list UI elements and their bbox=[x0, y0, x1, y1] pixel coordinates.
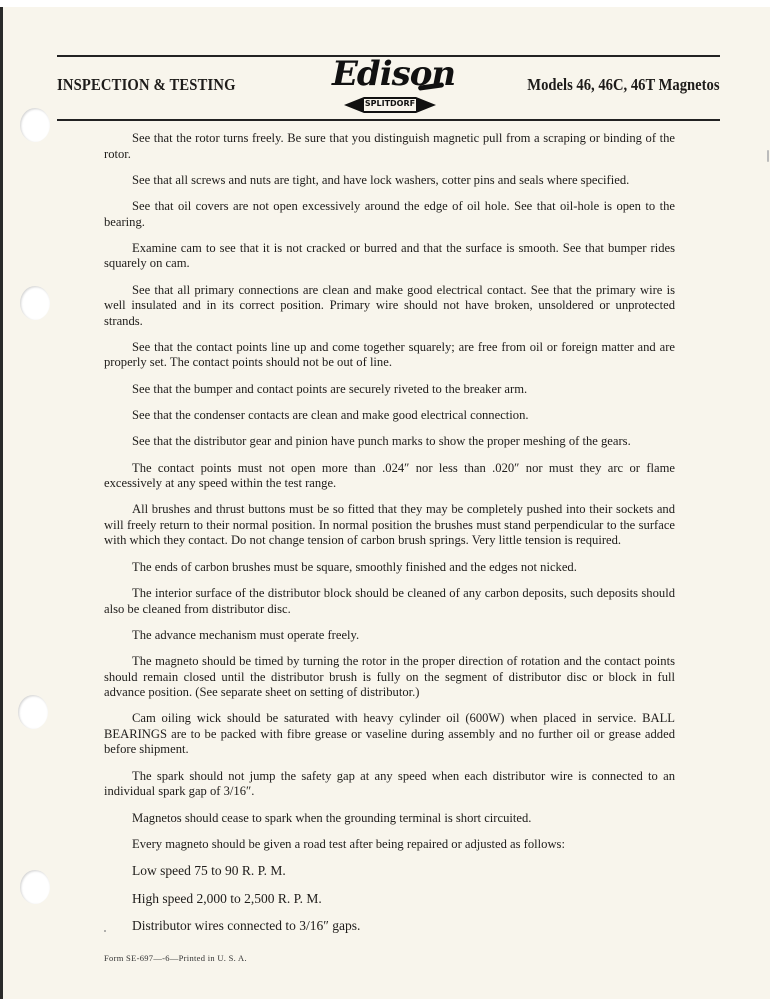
logo-subtitle: SPLITDORF bbox=[344, 99, 436, 108]
document-body: See that the rotor turns freely. Be sure… bbox=[104, 131, 675, 946]
punch-hole bbox=[18, 695, 48, 729]
paragraph: The interior surface of the distributor … bbox=[104, 586, 675, 617]
punch-hole bbox=[20, 870, 50, 904]
paragraph: See that the bumper and contact points a… bbox=[104, 382, 675, 398]
paper-speck bbox=[767, 150, 769, 162]
paragraph: See that all primary connections are cle… bbox=[104, 283, 675, 330]
paragraph: The ends of carbon brushes must be squar… bbox=[104, 560, 675, 576]
section-title: INSPECTION & TESTING bbox=[57, 75, 236, 95]
paragraph: All brushes and thrust buttons must be s… bbox=[104, 502, 675, 549]
paragraph: See that the contact points line up and … bbox=[104, 340, 675, 371]
paragraph: See that the distributor gear and pinion… bbox=[104, 434, 675, 450]
models-title: Models 46, 46C, 46T Magnetos bbox=[528, 75, 720, 95]
paragraph: See that oil covers are not open excessi… bbox=[104, 199, 675, 230]
paragraph: Examine cam to see that it is not cracke… bbox=[104, 241, 675, 272]
punch-hole bbox=[20, 108, 50, 142]
road-test-high-speed: High speed 2,000 to 2,500 R. P. M. bbox=[104, 891, 675, 907]
header-bottom-rule bbox=[57, 119, 720, 121]
road-test-distributor-gaps: Distributor wires connected to 3/16″ gap… bbox=[104, 918, 675, 934]
paper-speck bbox=[104, 930, 106, 932]
paragraph: The magneto should be timed by turning t… bbox=[104, 654, 675, 701]
paragraph: Every magneto should be given a road tes… bbox=[104, 837, 675, 853]
paragraph: See that the rotor turns freely. Be sure… bbox=[104, 131, 675, 162]
road-test-low-speed: Low speed 75 to 90 R. P. M. bbox=[104, 863, 675, 879]
form-footer: Form SE-697—-6—Printed in U. S. A. bbox=[104, 953, 247, 963]
paragraph: See that the condenser contacts are clea… bbox=[104, 408, 675, 424]
paragraph: Magnetos should cease to spark when the … bbox=[104, 811, 675, 827]
paragraph: See that all screws and nuts are tight, … bbox=[104, 173, 675, 189]
paragraph: Cam oiling wick should be saturated with… bbox=[104, 711, 675, 758]
scan-left-edge bbox=[0, 7, 3, 999]
punch-hole bbox=[20, 286, 50, 320]
paragraph: The spark should not jump the safety gap… bbox=[104, 769, 675, 800]
scan-top-strip bbox=[0, 0, 770, 7]
paragraph: The advance mechanism must operate freel… bbox=[104, 628, 675, 644]
edison-splitdorf-logo: Edison SPLITDORF bbox=[326, 58, 451, 118]
paragraph: The contact points must not open more th… bbox=[104, 461, 675, 492]
